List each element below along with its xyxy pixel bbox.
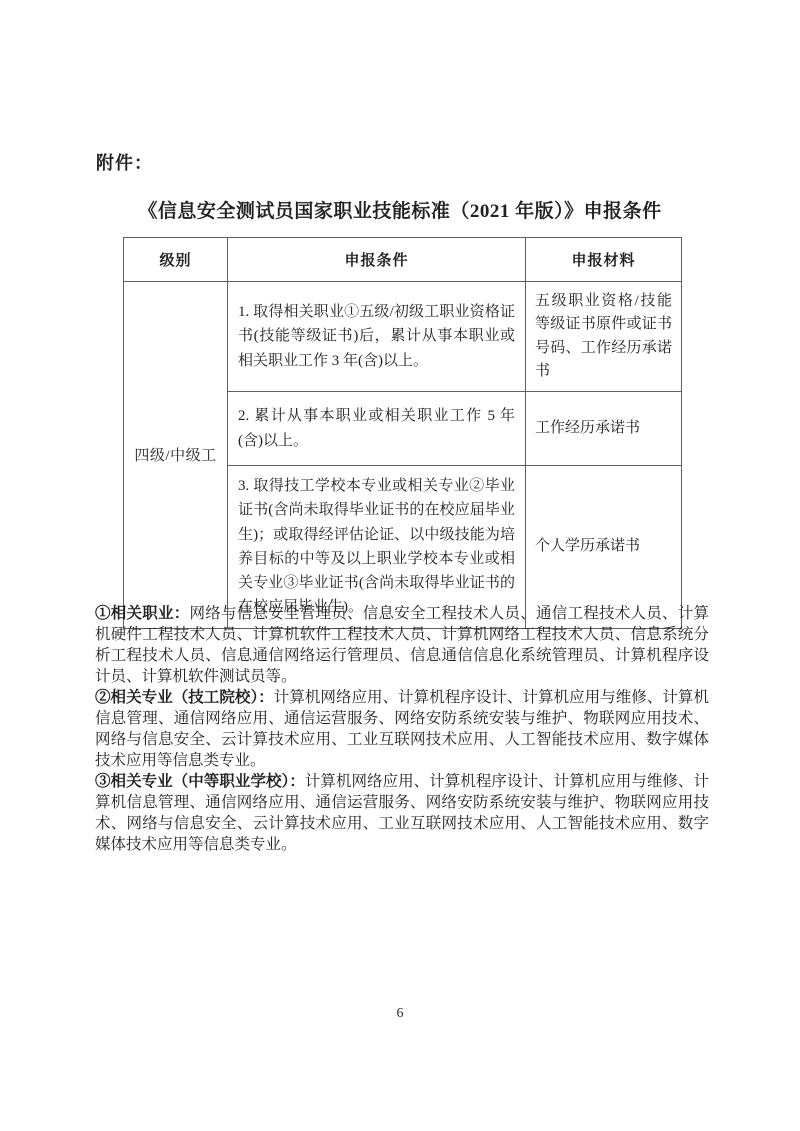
table-header-row: 级别 申报条件 申报材料 <box>124 238 682 282</box>
application-conditions-table: 级别 申报条件 申报材料 四级/中级工 1. 取得相关职业①五级/初级工职业资格… <box>123 237 682 629</box>
footnote-related-majors-technical: ②相关专业（技工院校）：计算机网络应用、计算机程序设计、计算机应用与维修、计算机… <box>95 687 709 771</box>
footnote-related-occupations: ①相关职业：网络与信息安全管理员、信息安全工程技术人员、通信工程技术人员、计算机… <box>95 603 709 687</box>
footnote-label-1: ①相关职业： <box>95 605 190 622</box>
footnote-label-3: ③相关专业（中等职业学校）： <box>95 773 305 790</box>
document-page: { "page": { "attachment_label": "附件：", "… <box>0 0 800 1131</box>
column-header-materials: 申报材料 <box>526 238 682 282</box>
attachment-label: 附件： <box>96 149 153 175</box>
footnotes-section: ①相关职业：网络与信息安全管理员、信息安全工程技术人员、通信工程技术人员、计算机… <box>95 603 709 855</box>
footnote-label-2: ②相关专业（技工院校）： <box>95 689 274 706</box>
level-cell: 四级/中级工 <box>124 282 228 629</box>
table-row: 四级/中级工 1. 取得相关职业①五级/初级工职业资格证书(技能等级证书)后，累… <box>124 282 682 392</box>
footnote-related-majors-secondary: ③相关专业（中等职业学校）：计算机网络应用、计算机程序设计、计算机应用与维修、计… <box>95 771 709 855</box>
column-header-conditions: 申报条件 <box>228 238 526 282</box>
material-cell-1: 五级职业资格/技能等级证书原件或证书号码、工作经历承诺书 <box>526 282 682 392</box>
material-cell-2: 工作经历承诺书 <box>526 392 682 466</box>
condition-cell-1: 1. 取得相关职业①五级/初级工职业资格证书(技能等级证书)后，累计从事本职业或… <box>228 282 526 392</box>
document-title: 《信息安全测试员国家职业技能标准（2021 年版）》申报条件 <box>0 196 800 223</box>
condition-cell-2: 2. 累计从事本职业或相关职业工作 5 年(含)以上。 <box>228 392 526 466</box>
column-header-level: 级别 <box>124 238 228 282</box>
page-number: 6 <box>0 1006 800 1022</box>
